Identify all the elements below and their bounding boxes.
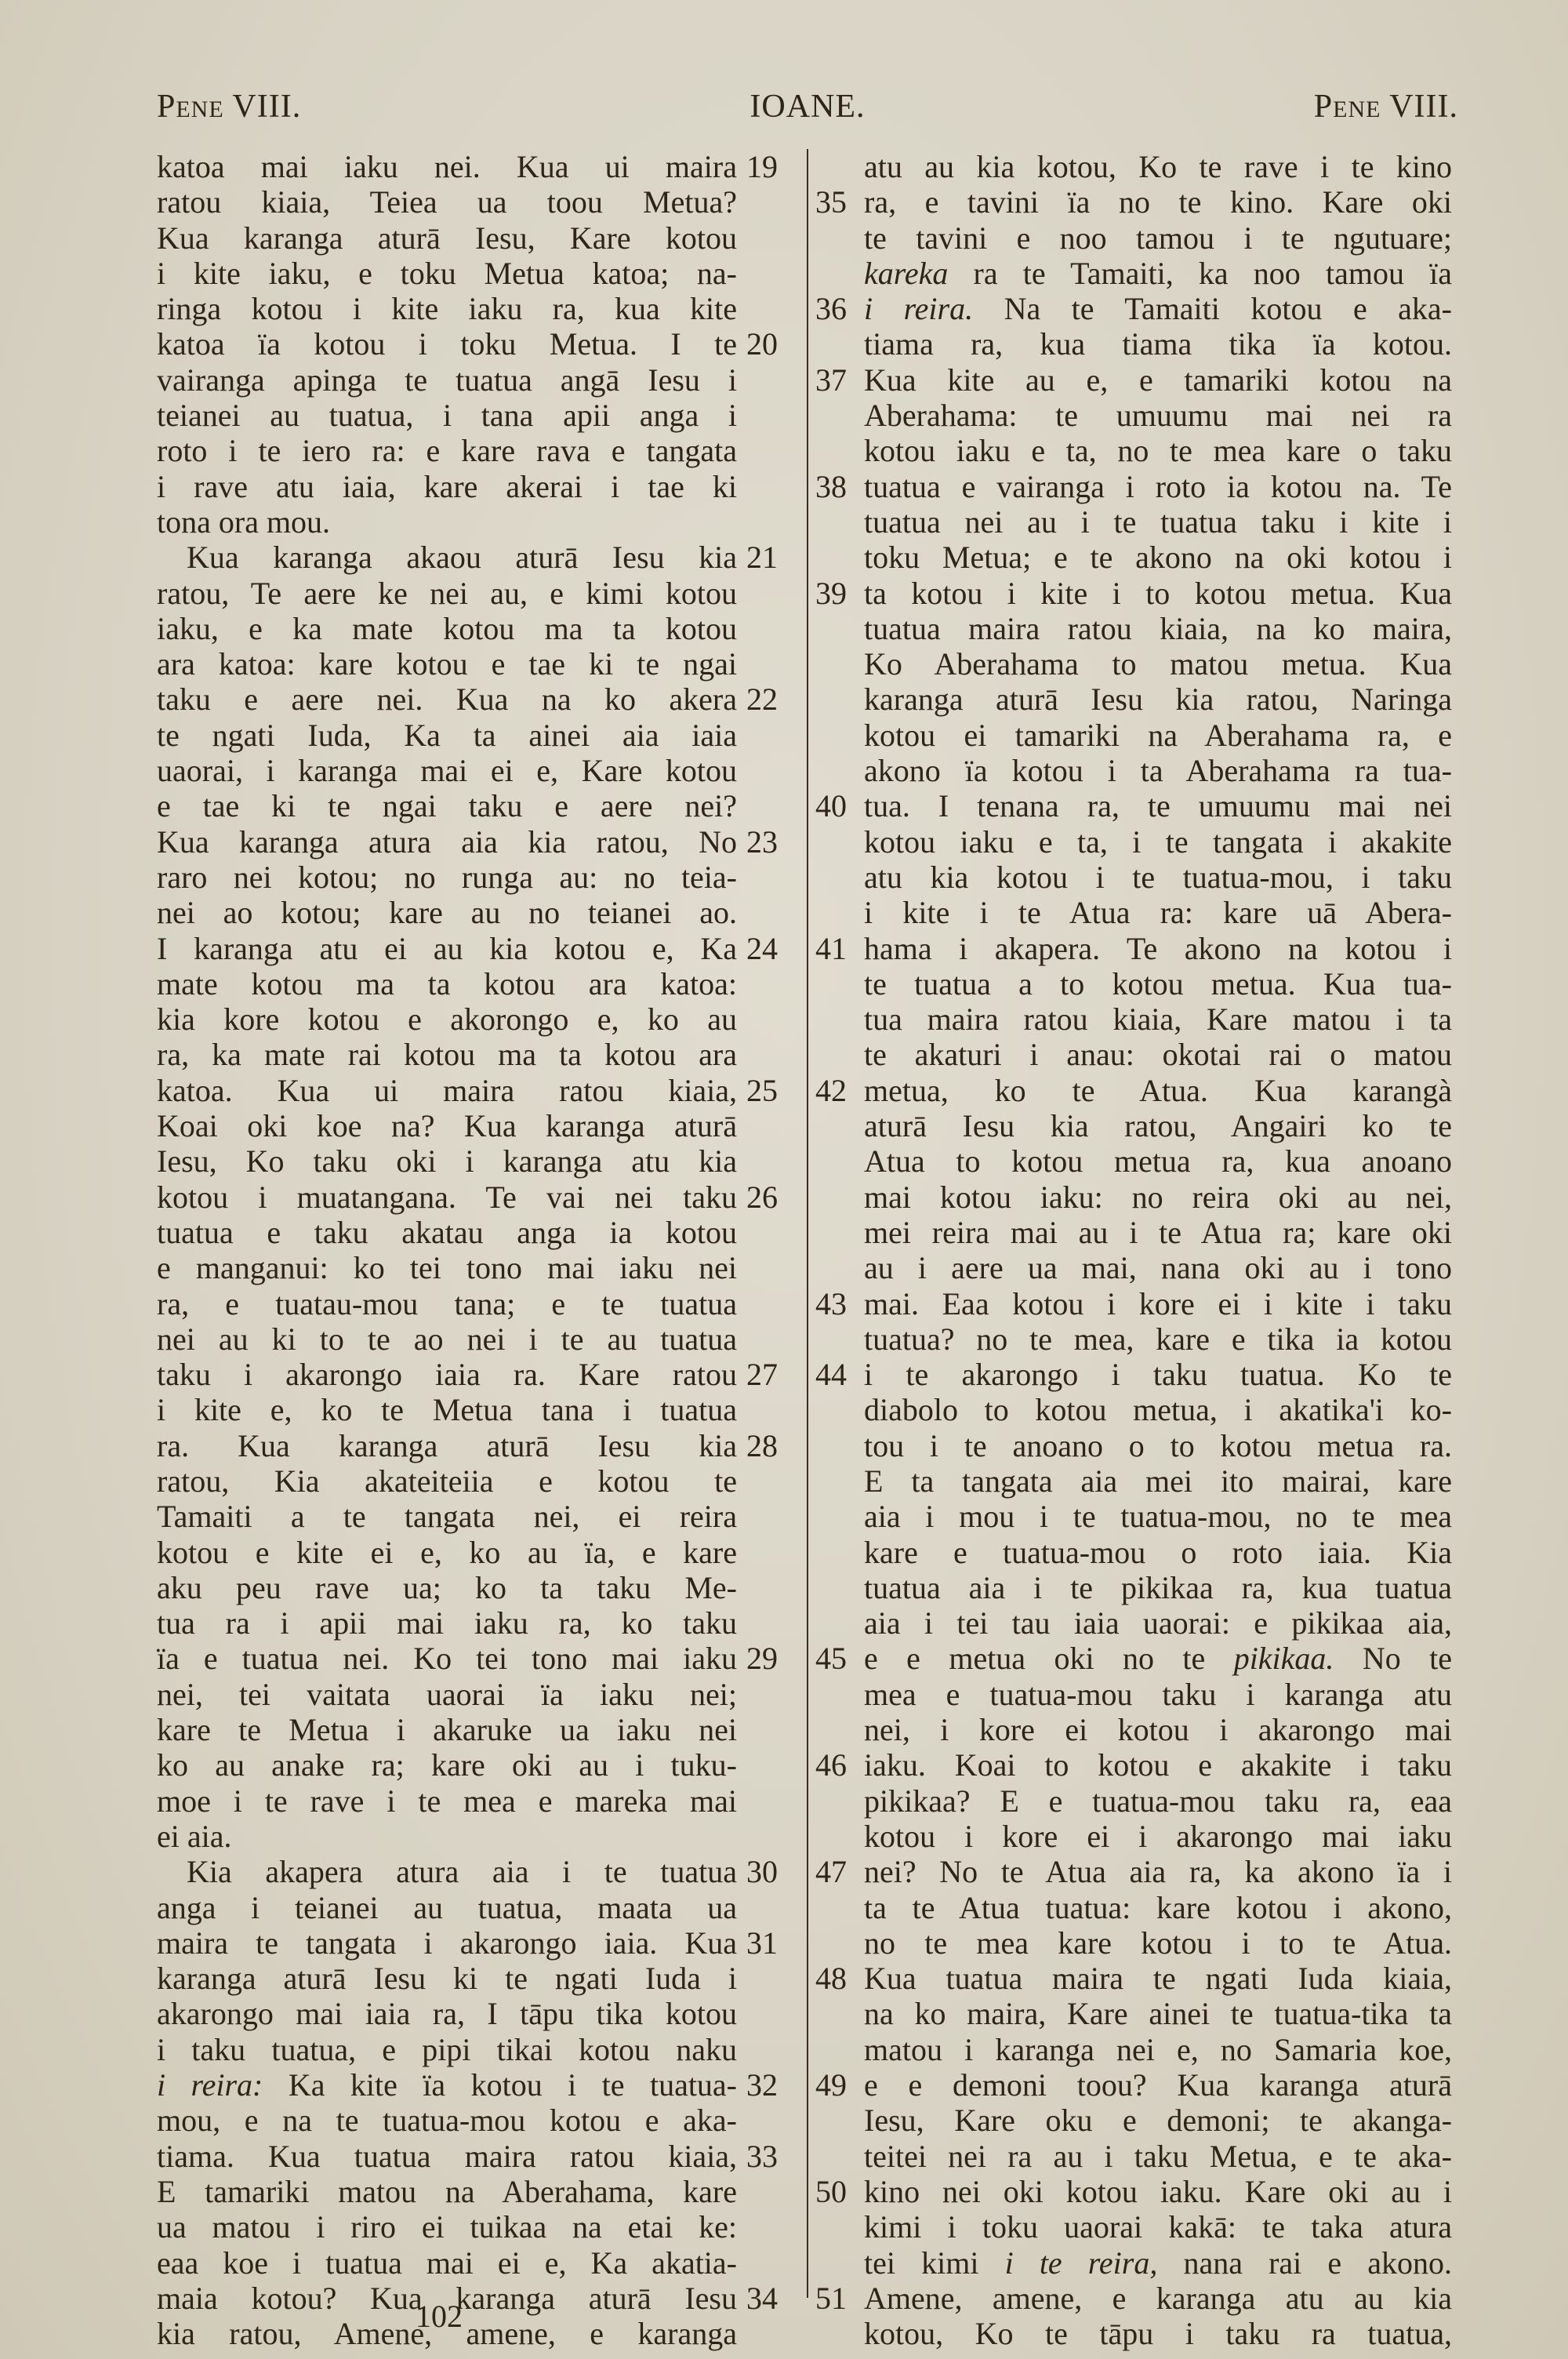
text-line: 37Kua kite au e, e tamariki kotou na — [815, 362, 1458, 398]
text-line: no te mea kare kotou i to te Atua. — [815, 1925, 1458, 1961]
text-line: tuatua? no te mea, kare e tika ia kotou — [815, 1321, 1458, 1357]
line-text: kare te Metua i akaruke ua iaku nei — [157, 1712, 737, 1747]
line-text: kareka ra te Tamaiti, ka noo tamou ïa — [864, 256, 1452, 291]
text-line: e manganui: ko tei tono mai iaku nei — [157, 1250, 776, 1285]
text-line: e tae ki te ngai taku e aere nei? — [157, 788, 776, 823]
text-line: 42metua, ko te Atua. Kua karangà — [815, 1073, 1458, 1108]
text-line: kotou e kite ei e, ko au ïa, e kare — [157, 1535, 776, 1570]
italic-phrase: i reira. — [864, 291, 973, 326]
verse-number: 27 — [746, 1357, 778, 1392]
line-text: e e demoni toou? Kua karanga aturā — [864, 2067, 1452, 2103]
text-line: atu kia kotou i te tuatua-mou, i taku — [815, 860, 1458, 895]
text-line: au i aere ua mai, nana oki au i tono — [815, 1250, 1458, 1285]
verse-number: 40 — [815, 788, 847, 823]
line-text: Ko Aberahama to matou metua. Kua — [864, 646, 1452, 682]
line-text: tua. I tenana ra, te umuumu mai nei — [864, 788, 1452, 823]
verse-number: 23 — [746, 824, 778, 860]
line-text: maira te tangata i akarongo iaia. Kua — [157, 1925, 737, 1961]
text-line: na ko maira, Kare ainei te tuatua-tika t… — [815, 1996, 1458, 2031]
text-line: 49e e demoni toou? Kua karanga aturā — [815, 2067, 1458, 2103]
verse-number: 29 — [746, 1641, 778, 1676]
text-line: akono ïa kotou i ta Aberahama ra tua- — [815, 753, 1458, 788]
line-text: tiama ra, kua tiama tika ïa kotou. — [864, 326, 1452, 362]
line-text: kotou iaku e ta, no te mea kare o taku — [864, 433, 1452, 468]
italic-phrase: pikikaa. — [1234, 1641, 1334, 1676]
text-line: i kite i te Atua ra: kare uā Abera- — [815, 895, 1458, 930]
verse-number: 42 — [815, 1073, 847, 1108]
text-line: 36i reira. Na te Tamaiti kotou e aka- — [815, 291, 1458, 326]
line-text: atu au kia kotou, Ko te rave i te kino — [864, 149, 1452, 184]
line-text: nei, tei vaitata uaorai ïa iaku nei; — [157, 1677, 737, 1712]
line-text: tuatua aia i te pikikaa ra, kua tuatua — [864, 1570, 1452, 1605]
line-text: Aberahama: te umuumu mai nei ra — [864, 398, 1452, 433]
line-text: kotou e kite ei e, ko au ïa, e kare — [157, 1535, 737, 1570]
text-line: karanga aturā Iesu kia ratou, Naringa — [815, 682, 1458, 717]
verse-number: 49 — [815, 2067, 847, 2103]
line-text: kino nei oki kotou iaku. Kare oki au i — [864, 2174, 1452, 2209]
line-text: tei kimi i te reira, nana rai e akono. — [864, 2245, 1452, 2281]
line-text: katoa mai iaku nei. Kua ui maira — [157, 149, 737, 184]
text-line: mai kotou iaku: no reira oki au nei, — [815, 1179, 1458, 1215]
line-text: karanga aturā Iesu ki te ngati Iuda i — [157, 1961, 737, 1996]
text-line: tuatua e taku akatau anga ia kotou — [157, 1215, 776, 1250]
text-line: tiama ra, kua tiama tika ïa kotou. — [815, 326, 1458, 362]
text-line: 48Kua tuatua maira te ngati Iuda kiaia, — [815, 1961, 1458, 1996]
text-line: 35ra, e tavini ïa no te kino. Kare oki — [815, 184, 1458, 220]
text-line: kotou i kore ei i akarongo mai iaku — [815, 1819, 1458, 1854]
text-line: Kia akapera atura aia i te tuatua30 — [157, 1854, 776, 1889]
text-line: ra, ka mate rai kotou ma ta kotou ara — [157, 1037, 776, 1072]
text-line: tua ra i apii mai iaku ra, ko taku — [157, 1605, 776, 1641]
line-text: ïa e tuatua nei. Ko tei tono mai iaku — [157, 1641, 737, 1676]
text-line: i kite iaku, e toku Metua katoa; na- — [157, 256, 776, 291]
verse-number: 33 — [746, 2139, 778, 2174]
line-text: tuatua e vairanga i roto ia kotou na. Te — [864, 469, 1452, 504]
line-text: Kua kite au e, e tamariki kotou na — [864, 362, 1452, 398]
line-text: katoa. Kua ui maira ratou kiaia, — [157, 1073, 737, 1108]
text-line: moe i te rave i te mea e mareka mai — [157, 1783, 776, 1819]
text-line: tei kimi i te reira, nana rai e akono. — [815, 2245, 1458, 2281]
line-text: Kua karanga atura aia kia ratou, No — [157, 824, 737, 860]
italic-phrase: kareka — [864, 256, 948, 291]
text-line: Kua karanga akaou aturā Iesu kia21 — [157, 540, 776, 575]
line-text: ua matou i riro ei tuikaa na etai ke: — [157, 2209, 737, 2245]
text-line: pikikaa? E e tuatua-mou taku ra, eaa — [815, 1783, 1458, 1819]
line-text: te ngati Iuda, Ka ta ainei aia iaia — [157, 718, 737, 753]
line-text: katoa ïa kotou i toku Metua. I te — [157, 326, 737, 362]
line-text: mei reira mai au i te Atua ra; kare oki — [864, 1215, 1452, 1250]
text-line: kotou i muatangana. Te vai nei taku26 — [157, 1179, 776, 1215]
line-text: mai kotou iaku: no reira oki au nei, — [864, 1179, 1452, 1215]
line-text: mate kotou ma ta kotou ara katoa: — [157, 966, 737, 1001]
line-text: aia i mou i te tuatua-mou, no te mea — [864, 1499, 1452, 1534]
text-line: 46iaku. Koai to kotou e akakite i taku — [815, 1747, 1458, 1783]
line-text: Iesu, Kare oku e demoni; te akanga- — [864, 2103, 1452, 2138]
text-line: aia i mou i te tuatua-mou, no te mea — [815, 1499, 1458, 1534]
text-line: Koai oki koe na? Kua karanga aturā — [157, 1108, 776, 1143]
text-line: mea e tuatua-mou taku i karanga atu — [815, 1677, 1458, 1712]
right-column: atu au kia kotou, Ko te rave i te kino35… — [815, 149, 1458, 2351]
verse-number: 48 — [815, 1961, 847, 1996]
verse-number: 34 — [746, 2281, 778, 2316]
verse-number: 43 — [815, 1286, 847, 1321]
text-line: ïa e tuatua nei. Ko tei tono mai iaku29 — [157, 1641, 776, 1676]
text-line: 45e e metua oki no te pikikaa. No te — [815, 1641, 1458, 1676]
text-line: tua maira ratou kiaia, Kare matou i ta — [815, 1001, 1458, 1037]
line-text: i te akarongo i taku tuatua. Ko te — [864, 1357, 1452, 1392]
text-line: aturā Iesu kia ratou, Angairi ko te — [815, 1108, 1458, 1143]
line-text: mai. Eaa kotou i kore ei i kite i taku — [864, 1286, 1452, 1321]
line-text: pikikaa? E e tuatua-mou taku ra, eaa — [864, 1783, 1452, 1819]
text-line: ringa kotou i kite iaku ra, kua kite — [157, 291, 776, 326]
text-line: ratou kiaia, Teiea ua toou Metua? — [157, 184, 776, 220]
text-line: te akaturi i anau: okotai rai o matou — [815, 1037, 1458, 1072]
line-text: te tavini e noo tamou i te ngutuare; — [864, 220, 1452, 256]
line-text: tou i te anoano o to kotou metua ra. — [864, 1428, 1452, 1463]
text-line: Iesu, Ko taku oki i karanga atu kia — [157, 1143, 776, 1179]
line-text: toku Metua; e te akono na oki kotou i — [864, 540, 1452, 575]
line-text: tuatua maira ratou kiaia, na ko maira, — [864, 611, 1452, 646]
verse-number: 22 — [746, 682, 778, 717]
text-line: E tamariki matou na Aberahama, kare — [157, 2174, 776, 2209]
line-text: metua, ko te Atua. Kua karangà — [864, 1073, 1452, 1108]
text-line: tiama. Kua tuatua maira ratou kiaia,33 — [157, 2139, 776, 2174]
text-line: anga i teianei au tuatua, maata ua — [157, 1890, 776, 1925]
line-text: diabolo to kotou metua, i akatika'i ko- — [864, 1392, 1452, 1427]
text-line: kotou, Ko te tāpu i taku ra tuatua, — [815, 2316, 1458, 2351]
text-line: 38tuatua e vairanga i roto ia kotou na. … — [815, 469, 1458, 504]
verse-number: 50 — [815, 2174, 847, 2209]
text-line: 44i te akarongo i taku tuatua. Ko te — [815, 1357, 1458, 1392]
text-line: nei au ki to te ao nei i te au tuatua — [157, 1321, 776, 1357]
line-text: no te mea kare kotou i to te Atua. — [864, 1925, 1452, 1961]
text-line: I karanga atu ei au kia kotou e, Ka24 — [157, 931, 776, 966]
line-text: nei, i kore ei kotou i akarongo mai — [864, 1712, 1452, 1747]
verse-number: 30 — [746, 1854, 778, 1889]
line-text: aia i tei tau iaia uaorai: e pikikaa aia… — [864, 1605, 1452, 1641]
line-text: taku e aere nei. Kua na ko akera — [157, 682, 737, 717]
line-text: matou i karanga nei e, no Samaria koe, — [864, 2032, 1452, 2067]
verse-number: 39 — [815, 576, 847, 611]
line-text: kotou, Ko te tāpu i taku ra tuatua, — [864, 2316, 1452, 2351]
line-text: mou, e na te tuatua-mou kotou e aka- — [157, 2103, 737, 2138]
line-text: anga i teianei au tuatua, maata ua — [157, 1890, 737, 1925]
line-text: i kite i te Atua ra: kare uā Abera- — [864, 895, 1452, 930]
text-line: kotou iaku e ta, no te mea kare o taku — [815, 433, 1458, 468]
line-text: ko au anake ra; kare oki au i tuku- — [157, 1747, 737, 1783]
line-text: Kia akapera atura aia i te tuatua — [157, 1854, 737, 1889]
text-line: katoa ïa kotou i toku Metua. I te20 — [157, 326, 776, 362]
text-line: nei, i kore ei kotou i akarongo mai — [815, 1712, 1458, 1747]
text-line: ko au anake ra; kare oki au i tuku- — [157, 1747, 776, 1783]
book-title: IOANE. — [157, 88, 1458, 125]
line-text: moe i te rave i te mea e mareka mai — [157, 1783, 737, 1819]
line-text: iaku. Koai to kotou e akakite i taku — [864, 1747, 1452, 1783]
text-line: Iesu, Kare oku e demoni; te akanga- — [815, 2103, 1458, 2138]
line-text: ta kotou i kite i to kotou metua. Kua — [864, 576, 1452, 611]
text-line: aia i tei tau iaia uaorai: e pikikaa aia… — [815, 1605, 1458, 1641]
text-line: te ngati Iuda, Ka ta ainei aia iaia — [157, 718, 776, 753]
line-text: ta te Atua tuatua: kare kotou i akono, — [864, 1890, 1452, 1925]
line-text: i rave atu iaia, kare akerai i tae ki — [157, 469, 737, 504]
line-text: mea e tuatua-mou taku i karanga atu — [864, 1677, 1452, 1712]
text-line: tou i te anoano o to kotou metua ra. — [815, 1428, 1458, 1463]
text-line: 47nei? No te Atua aia ra, ka akono ïa i — [815, 1854, 1458, 1889]
line-text: nei? No te Atua aia ra, ka akono ïa i — [864, 1854, 1452, 1889]
text-line: katoa mai iaku nei. Kua ui maira19 — [157, 149, 776, 184]
line-text: ra, ka mate rai kotou ma ta kotou ara — [157, 1037, 737, 1072]
text-line: Kua karanga atura aia kia ratou, No23 — [157, 824, 776, 860]
text-line: ua matou i riro ei tuikaa na etai ke: — [157, 2209, 776, 2245]
verse-number: 31 — [746, 1925, 778, 1961]
line-text: e manganui: ko tei tono mai iaku nei — [157, 1250, 737, 1285]
text-line: ara katoa: kare kotou e tae ki te ngai — [157, 646, 776, 682]
text-line: kia ratou, Amene, amene, e karanga — [157, 2316, 776, 2351]
text-line: kia kore kotou e akorongo e, ko au — [157, 1001, 776, 1037]
line-text: ratou kiaia, Teiea ua toou Metua? — [157, 184, 737, 220]
text-line: uaorai, i karanga mai ei e, Kare kotou — [157, 753, 776, 788]
line-text: te akaturi i anau: okotai rai o matou — [864, 1037, 1452, 1072]
text-line: kare e tuatua-mou o roto iaia. Kia — [815, 1535, 1458, 1570]
verse-number: 47 — [815, 1854, 847, 1889]
verse-number: 19 — [746, 149, 778, 184]
text-line: Ko Aberahama to matou metua. Kua — [815, 646, 1458, 682]
text-line: ei aia. — [157, 1819, 776, 1854]
line-text: hama i akapera. Te akono na kotou i — [864, 931, 1452, 966]
line-text: kotou iaku e ta, i te tangata i akakite — [864, 824, 1452, 860]
line-text: Amene, amene, e karanga atu au kia — [864, 2281, 1452, 2316]
text-line: katoa. Kua ui maira ratou kiaia,25 — [157, 1073, 776, 1108]
text-line: kareka ra te Tamaiti, ka noo tamou ïa — [815, 256, 1458, 291]
text-line: eaa koe i tuatua mai ei e, Ka akatia- — [157, 2245, 776, 2281]
line-text: raro nei kotou; no runga au: no teia- — [157, 860, 737, 895]
text-line: tuatua aia i te pikikaa ra, kua tuatua — [815, 1570, 1458, 1605]
column-divider — [807, 149, 808, 2298]
line-text: iaku, e ka mate kotou ma ta kotou — [157, 611, 737, 646]
line-text: aku peu rave ua; ko ta taku Me- — [157, 1570, 737, 1605]
text-line: taku i akarongo iaia ra. Kare ratou27 — [157, 1357, 776, 1392]
text-line: roto i te iero ra: e kare rava e tangata — [157, 433, 776, 468]
line-text: nei ao kotou; kare au no teianei ao. — [157, 895, 737, 930]
line-text: ratou, Te aere ke nei au, e kimi kotou — [157, 576, 737, 611]
verse-number: 36 — [815, 291, 847, 326]
text-line: karanga aturā Iesu ki te ngati Iuda i — [157, 1961, 776, 1996]
text-line: 51Amene, amene, e karanga atu au kia — [815, 2281, 1458, 2316]
text-line: nei, tei vaitata uaorai ïa iaku nei; — [157, 1677, 776, 1712]
text-line: kotou iaku e ta, i te tangata i akakite — [815, 824, 1458, 860]
line-text: ringa kotou i kite iaku ra, kua kite — [157, 291, 737, 326]
text-line: tuatua nei au i te tuatua taku i kite i — [815, 504, 1458, 540]
text-line: ratou, Te aere ke nei au, e kimi kotou — [157, 576, 776, 611]
text-line: Atua to kotou metua ra, kua anoano — [815, 1143, 1458, 1179]
verse-number: 25 — [746, 1073, 778, 1108]
chapter-label-right: PENE VIII. — [1314, 88, 1458, 125]
line-text: akarongo mai iaia ra, I tāpu tika kotou — [157, 1996, 737, 2031]
text-line: vairanga apinga te tuatua angā Iesu i — [157, 362, 776, 398]
verse-number: 20 — [746, 326, 778, 362]
text-line: ra. Kua karanga aturā Iesu kia28 — [157, 1428, 776, 1463]
text-line: taku e aere nei. Kua na ko akera22 — [157, 682, 776, 717]
line-text: tona ora mou. — [157, 504, 737, 540]
line-text: taku i akarongo iaia ra. Kare ratou — [157, 1357, 737, 1392]
line-text: kare e tuatua-mou o roto iaia. Kia — [864, 1535, 1452, 1570]
line-text: eaa koe i tuatua mai ei e, Ka akatia- — [157, 2245, 737, 2281]
text-line: aku peu rave ua; ko ta taku Me- — [157, 1570, 776, 1605]
line-text: Kua karanga akaou aturā Iesu kia — [157, 540, 737, 575]
text-line: kimi i toku uaorai kakā: te taka atura — [815, 2209, 1458, 2245]
text-line: Kua karanga aturā Iesu, Kare kotou — [157, 220, 776, 256]
text-line: 39ta kotou i kite i to kotou metua. Kua — [815, 576, 1458, 611]
text-line: mou, e na te tuatua-mou kotou e aka- — [157, 2103, 776, 2138]
text-line: atu au kia kotou, Ko te rave i te kino — [815, 149, 1458, 184]
line-text: teitei nei ra au i taku Metua, e te aka- — [864, 2139, 1452, 2174]
text-line: i taku tuatua, e pipi tikai kotou naku — [157, 2032, 776, 2067]
text-line: te tavini e noo tamou i te ngutuare; — [815, 220, 1458, 256]
line-text: Tamaiti a te tangata nei, ei reira — [157, 1499, 737, 1534]
line-text: atu kia kotou i te tuatua-mou, i taku — [864, 860, 1452, 895]
text-line: i kite e, ko te Metua tana i tuatua — [157, 1392, 776, 1427]
line-text: tiama. Kua tuatua maira ratou kiaia, — [157, 2139, 737, 2174]
line-text: ei aia. — [157, 1819, 737, 1854]
line-text: au i aere ua mai, nana oki au i tono — [864, 1250, 1452, 1285]
line-text: i kite iaku, e toku Metua katoa; na- — [157, 256, 737, 291]
line-text: ratou, Kia akateiteiia e kotou te — [157, 1463, 737, 1499]
line-text: ra, e tavini ïa no te kino. Kare oki — [864, 184, 1452, 220]
verse-number: 44 — [815, 1357, 847, 1392]
verse-number: 46 — [815, 1747, 847, 1783]
text-line: iaku, e ka mate kotou ma ta kotou — [157, 611, 776, 646]
verse-number: 51 — [815, 2281, 847, 2316]
text-line: mate kotou ma ta kotou ara katoa: — [157, 966, 776, 1001]
line-text: kimi i toku uaorai kakā: te taka atura — [864, 2209, 1452, 2245]
line-text: I karanga atu ei au kia kotou e, Ka — [157, 931, 737, 966]
text-line: ra, e tuatau-mou tana; e te tuatua — [157, 1286, 776, 1321]
line-text: tuatua nei au i te tuatua taku i kite i — [864, 504, 1452, 540]
text-line: mei reira mai au i te Atua ra; kare oki — [815, 1215, 1458, 1250]
line-text: teianei au tuatua, i tana apii anga i — [157, 398, 737, 433]
line-text: kia kore kotou e akorongo e, ko au — [157, 1001, 737, 1037]
line-text: i taku tuatua, e pipi tikai kotou naku — [157, 2032, 737, 2067]
line-text: Kua karanga aturā Iesu, Kare kotou — [157, 220, 737, 256]
text-line: 43mai. Eaa kotou i kore ei i kite i taku — [815, 1286, 1458, 1321]
line-text: tua maira ratou kiaia, Kare matou i ta — [864, 1001, 1452, 1037]
line-text: te tuatua a to kotou metua. Kua tua- — [864, 966, 1452, 1001]
line-text: tuatua e taku akatau anga ia kotou — [157, 1215, 737, 1250]
book-page: PENE VIII. IOANE. PENE VIII. katoa mai i… — [0, 0, 1568, 2359]
line-text: tua ra i apii mai iaku ra, ko taku — [157, 1605, 737, 1641]
text-line: diabolo to kotou metua, i akatika'i ko- — [815, 1392, 1458, 1427]
line-text: e tae ki te ngai taku e aere nei? — [157, 788, 737, 823]
line-text: kotou i kore ei i akarongo mai iaku — [864, 1819, 1452, 1854]
running-head: PENE VIII. IOANE. PENE VIII. — [157, 88, 1458, 135]
page-number: 102 — [416, 2298, 463, 2335]
text-line: i rave atu iaia, kare akerai i tae ki — [157, 469, 776, 504]
text-line: teianei au tuatua, i tana apii anga i — [157, 398, 776, 433]
text-line: ratou, Kia akateiteiia e kotou te — [157, 1463, 776, 1499]
text-line: Aberahama: te umuumu mai nei ra — [815, 398, 1458, 433]
line-text: ara katoa: kare kotou e tae ki te ngai — [157, 646, 737, 682]
line-text: roto i te iero ra: e kare rava e tangata — [157, 433, 737, 468]
line-text: i reira: Ka kite ïa kotou i te tuatua- — [157, 2067, 737, 2103]
line-text: akono ïa kotou i ta Aberahama ra tua- — [864, 753, 1452, 788]
text-line: tuatua maira ratou kiaia, na ko maira, — [815, 611, 1458, 646]
line-text: e e metua oki no te pikikaa. No te — [864, 1641, 1452, 1676]
text-line: maia kotou? Kua karanga aturā Iesu34 — [157, 2281, 776, 2316]
verse-number: 41 — [815, 931, 847, 966]
line-text: Iesu, Ko taku oki i karanga atu kia — [157, 1143, 737, 1179]
text-line: i reira: Ka kite ïa kotou i te tuatua-32 — [157, 2067, 776, 2103]
italic-phrase: i reira: — [157, 2067, 263, 2103]
verse-number: 32 — [746, 2067, 778, 2103]
line-text: uaorai, i karanga mai ei e, Kare kotou — [157, 753, 737, 788]
text-line: Tamaiti a te tangata nei, ei reira — [157, 1499, 776, 1534]
line-text: i reira. Na te Tamaiti kotou e aka- — [864, 291, 1452, 326]
text-line: 50kino nei oki kotou iaku. Kare oki au i — [815, 2174, 1458, 2209]
verse-number: 24 — [746, 931, 778, 966]
line-text: E tamariki matou na Aberahama, kare — [157, 2174, 737, 2209]
text-line: tona ora mou. — [157, 504, 776, 540]
line-text: kotou i muatangana. Te vai nei taku — [157, 1179, 737, 1215]
verse-number: 28 — [746, 1428, 778, 1463]
line-text: kotou ei tamariki na Aberahama ra, e — [864, 718, 1452, 753]
text-line: raro nei kotou; no runga au: no teia- — [157, 860, 776, 895]
verse-number: 35 — [815, 184, 847, 220]
text-line: nei ao kotou; kare au no teianei ao. — [157, 895, 776, 930]
text-line: kare te Metua i akaruke ua iaku nei — [157, 1712, 776, 1747]
line-text: nei au ki to te ao nei i te au tuatua — [157, 1321, 737, 1357]
text-line: maira te tangata i akarongo iaia. Kua31 — [157, 1925, 776, 1961]
text-line: matou i karanga nei e, no Samaria koe, — [815, 2032, 1458, 2067]
verse-number: 38 — [815, 469, 847, 504]
text-line: teitei nei ra au i taku Metua, e te aka- — [815, 2139, 1458, 2174]
line-text: i kite e, ko te Metua tana i tuatua — [157, 1392, 737, 1427]
line-text: ra, e tuatau-mou tana; e te tuatua — [157, 1286, 737, 1321]
text-line: 40tua. I tenana ra, te umuumu mai nei — [815, 788, 1458, 823]
line-text: aturā Iesu kia ratou, Angairi ko te — [864, 1108, 1452, 1143]
line-text: ra. Kua karanga aturā Iesu kia — [157, 1428, 737, 1463]
left-column: katoa mai iaku nei. Kua ui maira19ratou … — [157, 149, 776, 2351]
verse-number: 45 — [815, 1641, 847, 1676]
text-line: kotou ei tamariki na Aberahama ra, e — [815, 718, 1458, 753]
line-text: karanga aturā Iesu kia ratou, Naringa — [864, 682, 1452, 717]
text-line: 41hama i akapera. Te akono na kotou i — [815, 931, 1458, 966]
verse-number: 21 — [746, 540, 778, 575]
line-text: E ta tangata aia mei ito mairai, kare — [864, 1463, 1452, 1499]
line-text: na ko maira, Kare ainei te tuatua-tika t… — [864, 1996, 1452, 2031]
italic-phrase: i te reira, — [1005, 2245, 1158, 2281]
line-text: Kua tuatua maira te ngati Iuda kiaia, — [864, 1961, 1452, 1996]
verse-number: 37 — [815, 362, 847, 398]
line-text: Koai oki koe na? Kua karanga aturā — [157, 1108, 737, 1143]
text-line: ta te Atua tuatua: kare kotou i akono, — [815, 1890, 1458, 1925]
line-text: tuatua? no te mea, kare e tika ia kotou — [864, 1321, 1452, 1357]
text-line: te tuatua a to kotou metua. Kua tua- — [815, 966, 1458, 1001]
line-text: Atua to kotou metua ra, kua anoano — [864, 1143, 1452, 1179]
text-line: E ta tangata aia mei ito mairai, kare — [815, 1463, 1458, 1499]
verse-number: 26 — [746, 1179, 778, 1215]
text-line: toku Metua; e te akono na oki kotou i — [815, 540, 1458, 575]
text-line: akarongo mai iaia ra, I tāpu tika kotou — [157, 1996, 776, 2031]
line-text: vairanga apinga te tuatua angā Iesu i — [157, 362, 737, 398]
